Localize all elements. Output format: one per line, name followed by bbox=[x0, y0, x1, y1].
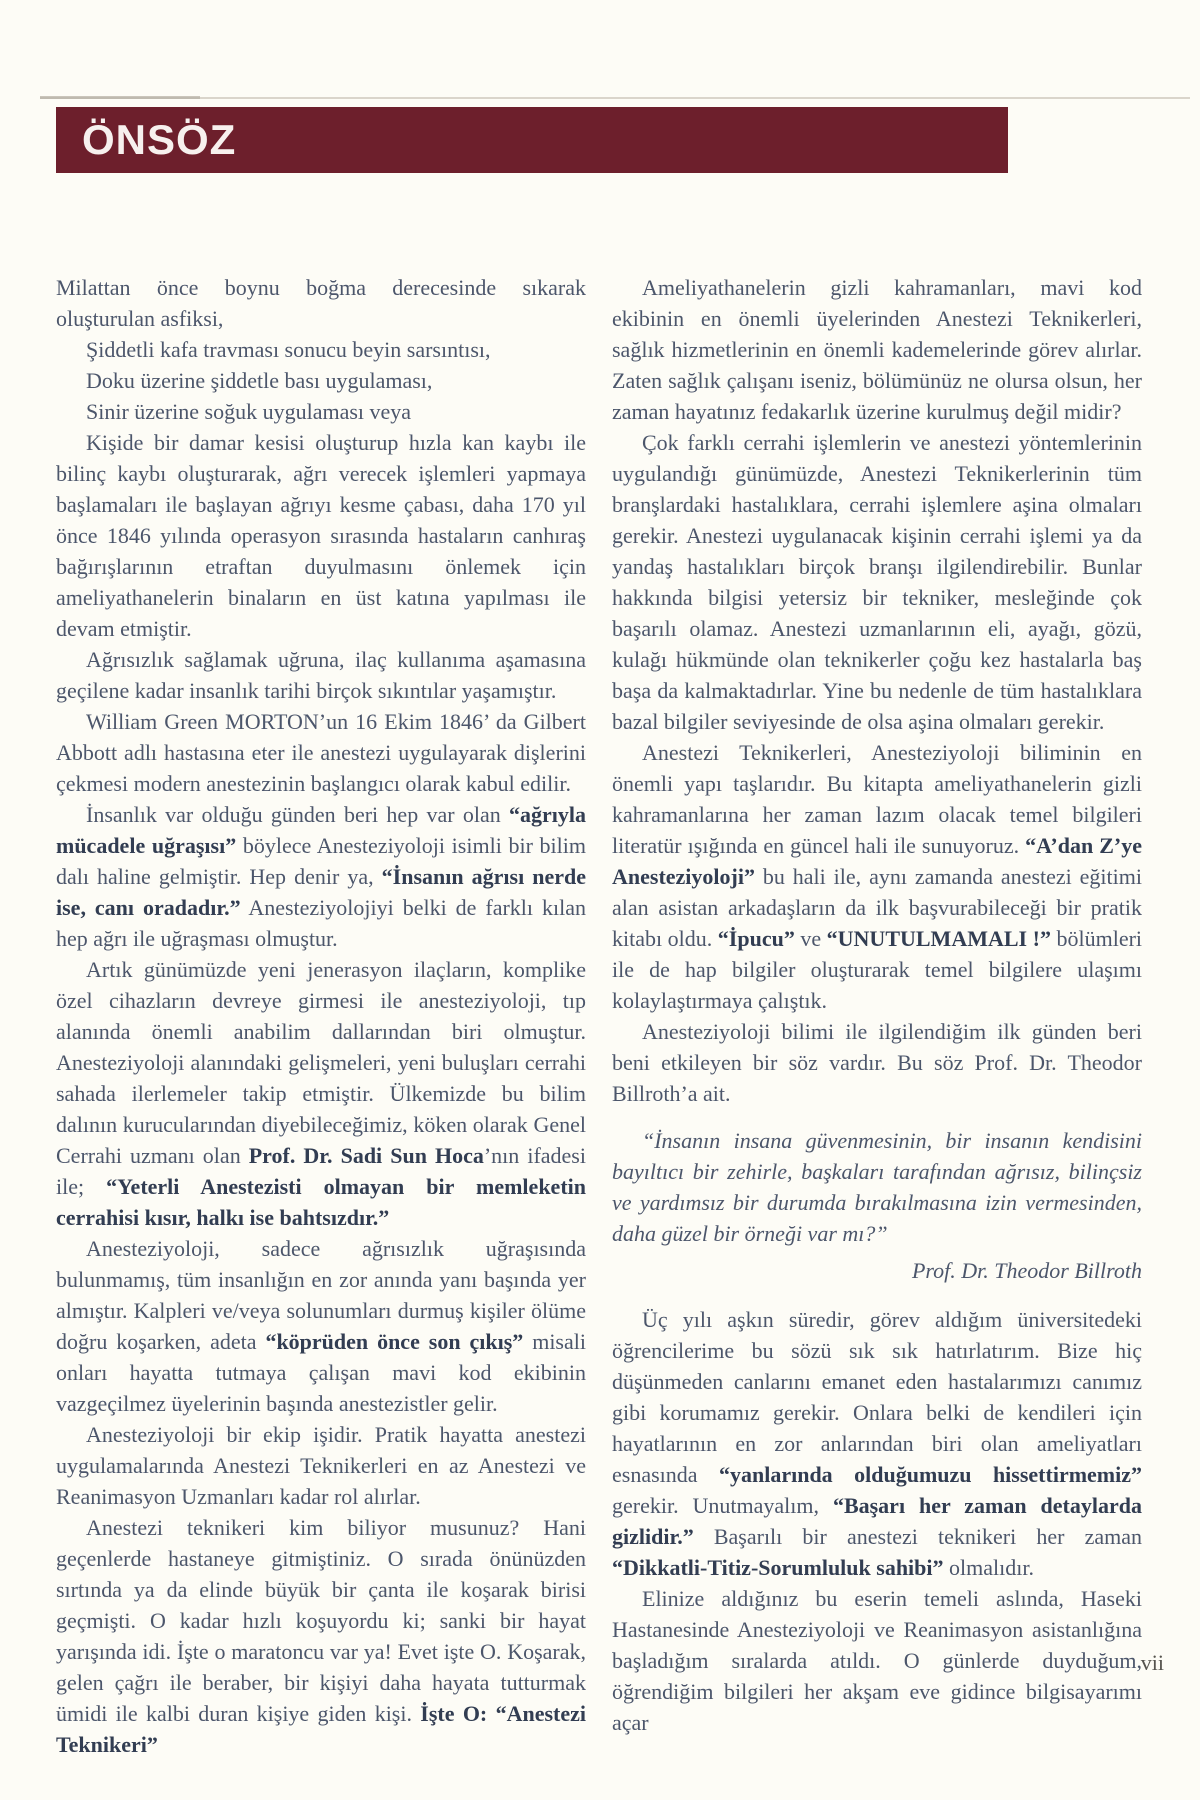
text-segment: Doku üzerine şiddetle bası uygulaması, bbox=[86, 368, 432, 393]
header-bar: ÖNSÖZ bbox=[56, 107, 1008, 173]
text-segment: “yanlarında olduğumuzu hissettirmemiz” bbox=[719, 1462, 1142, 1487]
text-segment: Ameliyathanelerin gizli kahramanları, ma… bbox=[612, 275, 1142, 424]
text-segment: Kişide bir damar kesisi oluşturup hızla … bbox=[56, 430, 586, 641]
text-segment: Anesteziyoloji bir ekip işidir. Pratik h… bbox=[56, 1422, 586, 1509]
page-title: ÖNSÖZ bbox=[82, 116, 236, 164]
text-segment: “UNUTULMAMALI !” bbox=[827, 926, 1051, 951]
text-segment: Şiddetli kafa travması sonucu beyin sars… bbox=[86, 337, 491, 362]
text-segment: “İnsanın insana güvenmesinin, bir insanı… bbox=[612, 1128, 1142, 1246]
body-paragraph: Anesteziyoloji bir ekip işidir. Pratik h… bbox=[56, 1419, 586, 1512]
right-column: Ameliyathanelerin gizli kahramanları, ma… bbox=[612, 272, 1142, 1760]
text-segment: Üç yılı aşkın süredir, görev aldığım üni… bbox=[612, 1307, 1142, 1487]
text-segment: gerekir. Unutmayalım, bbox=[612, 1493, 833, 1518]
top-edge-rule-dark bbox=[40, 96, 200, 99]
text-segment: “köprüden önce son çıkış” bbox=[265, 1329, 523, 1354]
text-segment: Artık günümüzde yeni jenerasyon ilaçları… bbox=[56, 957, 586, 1168]
body-paragraph: William Green MORTON’un 16 Ekim 1846’ da… bbox=[56, 706, 586, 799]
body-paragraph: Sinir üzerine soğuk uygulaması veya bbox=[56, 396, 586, 427]
text-segment: Milattan önce boynu boğma derecesinde sı… bbox=[56, 275, 586, 331]
body-paragraph: Üç yılı aşkın süredir, görev aldığım üni… bbox=[612, 1304, 1142, 1583]
body-paragraph: Kişide bir damar kesisi oluşturup hızla … bbox=[56, 427, 586, 644]
text-segment: Elinize aldığınız bu eserin temeli aslın… bbox=[612, 1586, 1142, 1735]
body-paragraph: Çok farklı cerrahi işlemlerin ve anestez… bbox=[612, 427, 1142, 737]
body-paragraph: Anesteziyoloji bilimi ile ilgilendiğim i… bbox=[612, 1016, 1142, 1109]
top-edge-rule bbox=[40, 97, 1190, 99]
text-segment: ve bbox=[795, 926, 827, 951]
body-paragraph: Anestezi teknikeri kim biliyor musunuz? … bbox=[56, 1512, 586, 1760]
text-segment: Anestezi teknikeri kim biliyor musunuz? … bbox=[56, 1515, 586, 1726]
body-paragraph: Şiddetli kafa travması sonucu beyin sars… bbox=[56, 334, 586, 365]
text-segment: Çok farklı cerrahi işlemlerin ve anestez… bbox=[612, 430, 1142, 734]
body-paragraph: Elinize aldığınız bu eserin temeli aslın… bbox=[612, 1583, 1142, 1738]
body-paragraph: İnsanlık var olduğu günden beri hep var … bbox=[56, 799, 586, 954]
text-segment: İnsanlık var olduğu günden beri hep var … bbox=[86, 802, 509, 827]
body-paragraph: Anestezi Teknikerleri, Anesteziyoloji bi… bbox=[612, 737, 1142, 1016]
page-number: vii bbox=[1104, 1650, 1164, 1676]
text-columns: Milattan önce boynu boğma derecesinde sı… bbox=[56, 272, 1142, 1760]
body-paragraph: Ağrısızlık sağlamak uğruna, ilaç kullanı… bbox=[56, 644, 586, 706]
quote-paragraph: “İnsanın insana güvenmesinin, bir insanı… bbox=[612, 1125, 1142, 1249]
preface-page: { "header": { "title": "ÖNSÖZ" }, "foote… bbox=[0, 0, 1200, 1800]
body-paragraph: Doku üzerine şiddetle bası uygulaması, bbox=[56, 365, 586, 396]
text-segment: Başarılı bir anestezi teknikeri her zama… bbox=[694, 1524, 1142, 1549]
quote-attribution: Prof. Dr. Theodor Billroth bbox=[612, 1255, 1142, 1286]
text-segment: “İpucu” bbox=[718, 926, 795, 951]
text-segment: Prof. Dr. Theodor Billroth bbox=[912, 1258, 1142, 1283]
text-segment: olmalıdır. bbox=[944, 1555, 1034, 1580]
text-segment: Anesteziyoloji bilimi ile ilgilendiğim i… bbox=[612, 1019, 1142, 1106]
left-column: Milattan önce boynu boğma derecesinde sı… bbox=[56, 272, 586, 1760]
text-segment: Ağrısızlık sağlamak uğruna, ilaç kullanı… bbox=[56, 647, 586, 703]
text-segment: Prof. Dr. Sadi Sun Hoca bbox=[249, 1143, 484, 1168]
text-segment: “Yeterli Anestezisti olmayan bir memleke… bbox=[56, 1174, 586, 1230]
text-segment: “Dikkatli-Titiz-Sorumluluk sahibi” bbox=[612, 1555, 944, 1580]
body-paragraph: Milattan önce boynu boğma derecesinde sı… bbox=[56, 272, 586, 334]
body-paragraph: Artık günümüzde yeni jenerasyon ilaçları… bbox=[56, 954, 586, 1233]
body-paragraph: Ameliyathanelerin gizli kahramanları, ma… bbox=[612, 272, 1142, 427]
body-paragraph: Anesteziyoloji, sadece ağrısızlık uğraşı… bbox=[56, 1233, 586, 1419]
text-segment: Sinir üzerine soğuk uygulaması veya bbox=[86, 399, 411, 424]
text-segment: William Green MORTON’un 16 Ekim 1846’ da… bbox=[56, 709, 586, 796]
